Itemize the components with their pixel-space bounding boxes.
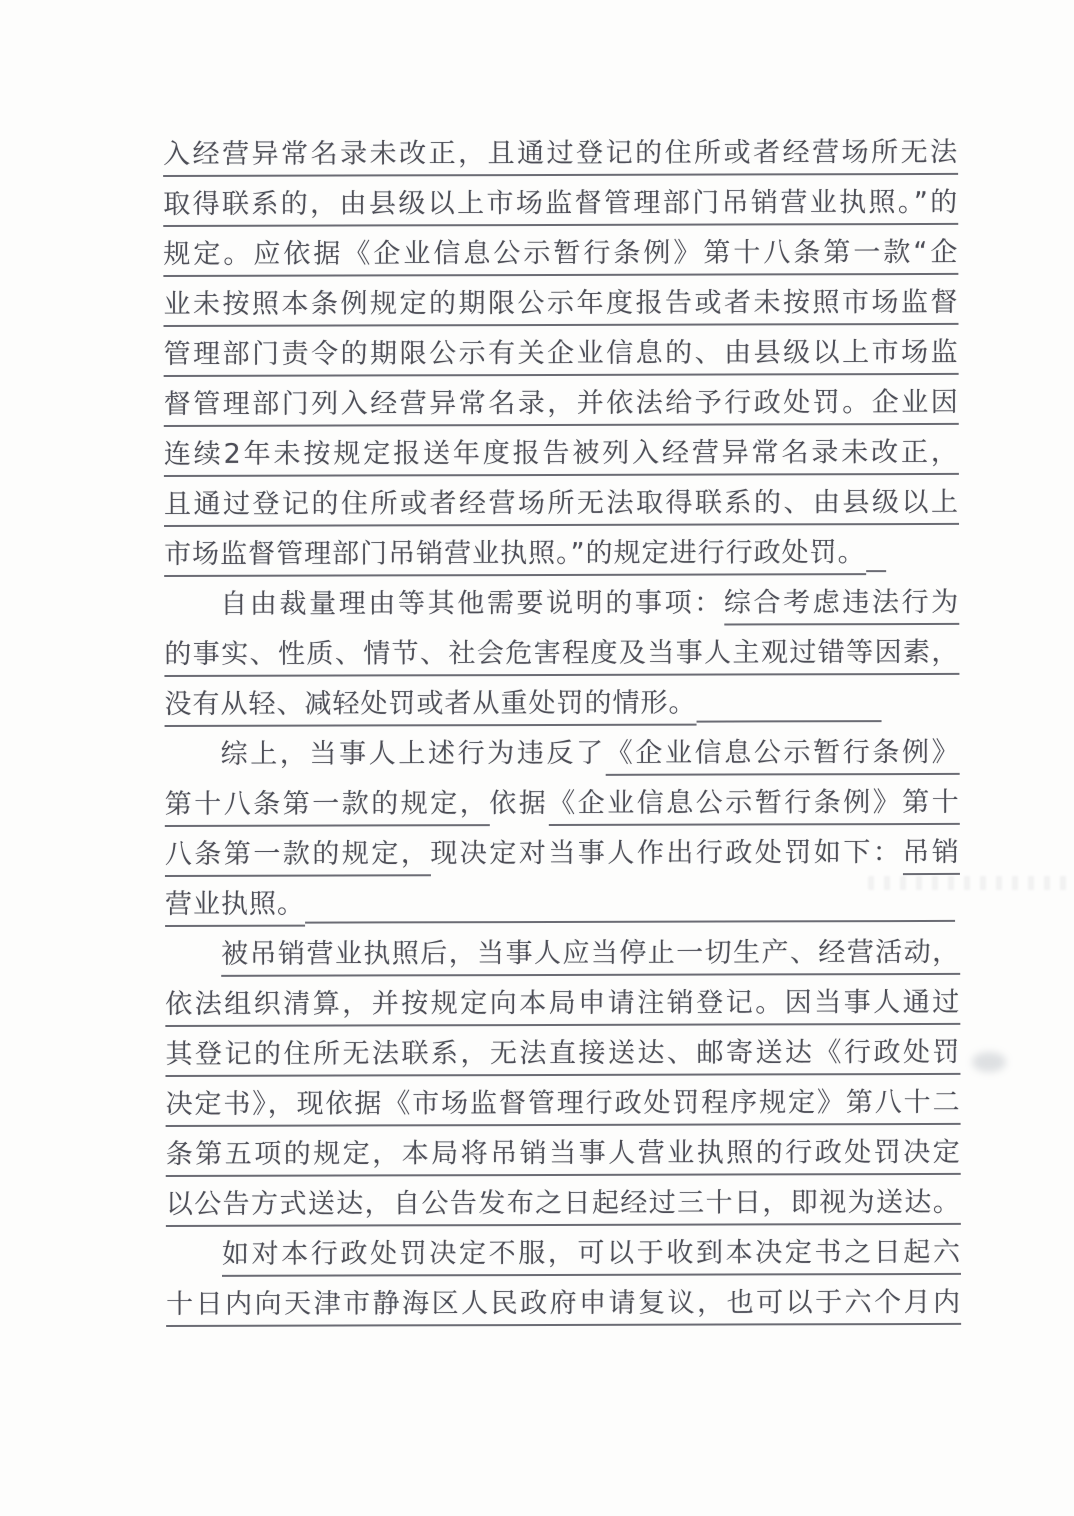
text-line: 市场监督管理部门吊销营业执照。”的规定进行行政处罚。 [164, 528, 959, 580]
underlined-text-segment: 《企业信息公示暂行条例》 [606, 737, 960, 776]
underlined-text-segment: 取得联系的，由县级以上市场监督管理部门吊销营业执照。”的 [163, 187, 958, 227]
text-line: 取得联系的，由县级以上市场监督管理部门吊销营业执照。”的 [163, 178, 958, 230]
text-line: 管理部门责令的期限公示有关企业信息的、由县级以上市场监 [164, 328, 959, 380]
underlined-text-segment: 的事实、性质、情节、社会危害程度及当事人主观过错等因素， [164, 637, 959, 677]
text-line: 如对本行政处罚决定不服，可以于收到本决定书之日起六 [166, 1228, 961, 1280]
text-line: 被吊销营业执照后，当事人应当停止一切生产、经营活动， [165, 928, 960, 980]
text-line: 综上，当事人上述行为违反了《企业信息公示暂行条例》 [165, 728, 960, 780]
underlined-text-segment: 被吊销营业执照后，当事人应当停止一切生产、经营活动， [221, 937, 960, 977]
underlined-text-segment: 其登记的住所无法联系，无法直接送达、邮寄送达《行政处罚 [165, 1037, 960, 1077]
underlined-text-segment: 十日内向天津市静海区人民政府申请复议，也可以于六个月内 [166, 1287, 961, 1327]
text-line: 八条第一款的规定，现决定对当事人作出行政处罚如下：吊销 [165, 828, 960, 880]
text-line: 决定书》，现依据《市场监督管理行政处罚程序规定》第八十二 [165, 1078, 960, 1130]
text-line: 依法组织清算，并按规定向本局申请注销登记。因当事人通过 [165, 978, 960, 1030]
underlined-text-segment: 规定。应依据《企业信息公示暂行条例》第十八条第一款“企 [163, 237, 958, 277]
underlined-text-segment: 没有从轻、减轻处罚或者从重处罚的情形。 [164, 688, 696, 727]
underlined-text-segment: 决定书》，现依据《市场监督管理行政处罚程序规定》第八十二 [166, 1087, 961, 1127]
text-line: 没有从轻、减轻处罚或者从重处罚的情形。 [164, 678, 959, 730]
text-segment: 自由裁量理由等其他需要说明的事项： [220, 588, 724, 620]
underlined-text-segment: 营业执照。 [165, 889, 305, 927]
underlined-text-segment: 且通过登记的住所或者经营场所无法取得联系的、由县级以上 [164, 487, 959, 527]
text-line: 的事实、性质、情节、社会危害程度及当事人主观过错等因素， [164, 628, 959, 680]
underlined-text-segment: 督管理部门列入经营异常名录，并依法给予行政处罚。企业因 [164, 387, 959, 427]
text-line: 以公告方式送达，自公告发布之日起经过三十日，即视为送达。 [166, 1178, 961, 1230]
text-line: 十日内向天津市静海区人民政府申请复议，也可以于六个月内 [166, 1278, 961, 1330]
underline-extension-rule [305, 920, 955, 924]
underlined-text-segment: 依法组织清算，并按规定向本局申请注销登记。因当事人通过 [165, 987, 960, 1027]
underlined-text-segment: 《企业信息公示暂行条例》第十 [548, 787, 960, 826]
scanned-document-page: 入经营异常名录未改正，且通过登记的住所或者经营场所无法取得联系的，由县级以上市场… [0, 0, 1074, 1516]
underlined-text-segment: 业未按照本条例规定的期限公示年度报告或者未按照市场监督 [163, 287, 958, 327]
text-line: 督管理部门列入经营异常名录，并依法给予行政处罚。企业因 [164, 378, 959, 430]
text-line: 第十八条第一款的规定，依据《企业信息公示暂行条例》第十 [165, 778, 960, 830]
underlined-text-segment: 市场监督管理部门吊销营业执照。”的规定进行行政处罚。 [164, 537, 866, 577]
underlined-text-segment: 第十八条第一款的规定， [165, 788, 490, 827]
underline-extension-rule [697, 720, 882, 722]
underlined-text-segment: 入经营异常名录未改正，且通过登记的住所或者经营场所无法 [163, 137, 958, 177]
text-line: 条第五项的规定，本局将吊销当事人营业执照的行政处罚决定 [166, 1128, 961, 1180]
text-line: 连续2年未按规定报送年度报告被列入经营异常名录未改正， [164, 428, 959, 480]
underlined-text-segment: 吊销 [902, 837, 960, 875]
underlined-text-segment: 综合考虑违法行为 [724, 587, 959, 626]
document-body-text: 入经营异常名录未改正，且通过登记的住所或者经营场所无法取得联系的，由县级以上市场… [163, 128, 961, 1330]
underlined-text-segment: 以公告方式送达，自公告发布之日起经过三十日，即视为送达。 [166, 1187, 961, 1227]
underlined-text-segment: 条第五项的规定，本局将吊销当事人营业执照的行政处罚决定 [166, 1137, 961, 1177]
text-segment: 依据 [489, 788, 548, 819]
underlined-text-segment: 管理部门责令的期限公示有关企业信息的、由县级以上市场监 [164, 337, 959, 377]
text-segment: 现决定对当事人作出行政处罚如下： [430, 837, 902, 869]
text-line: 入经营异常名录未改正，且通过登记的住所或者经营场所无法 [163, 128, 958, 180]
text-line: 且通过登记的住所或者经营场所无法取得联系的、由县级以上 [164, 478, 959, 530]
text-segment: 综上，当事人上述行为违反了 [221, 738, 606, 770]
scan-artifact-smudge [972, 1052, 1006, 1072]
text-line: 业未按照本条例规定的期限公示年度报告或者未按照市场监督 [163, 278, 958, 330]
text-line: 自由裁量理由等其他需要说明的事项：综合考虑违法行为 [164, 578, 959, 630]
underline-extension-rule [866, 570, 886, 572]
text-line: 营业执照。 [165, 878, 960, 930]
underlined-text-segment: 八条第一款的规定， [165, 838, 431, 877]
text-line: 其登记的住所无法联系，无法直接送达、邮寄送达《行政处罚 [165, 1028, 960, 1080]
underlined-text-segment: 连续2年未按规定报送年度报告被列入经营异常名录未改正， [164, 437, 959, 477]
underlined-text-segment: 如对本行政处罚决定不服，可以于收到本决定书之日起六 [222, 1237, 961, 1277]
text-line: 规定。应依据《企业信息公示暂行条例》第十八条第一款“企 [163, 228, 958, 280]
